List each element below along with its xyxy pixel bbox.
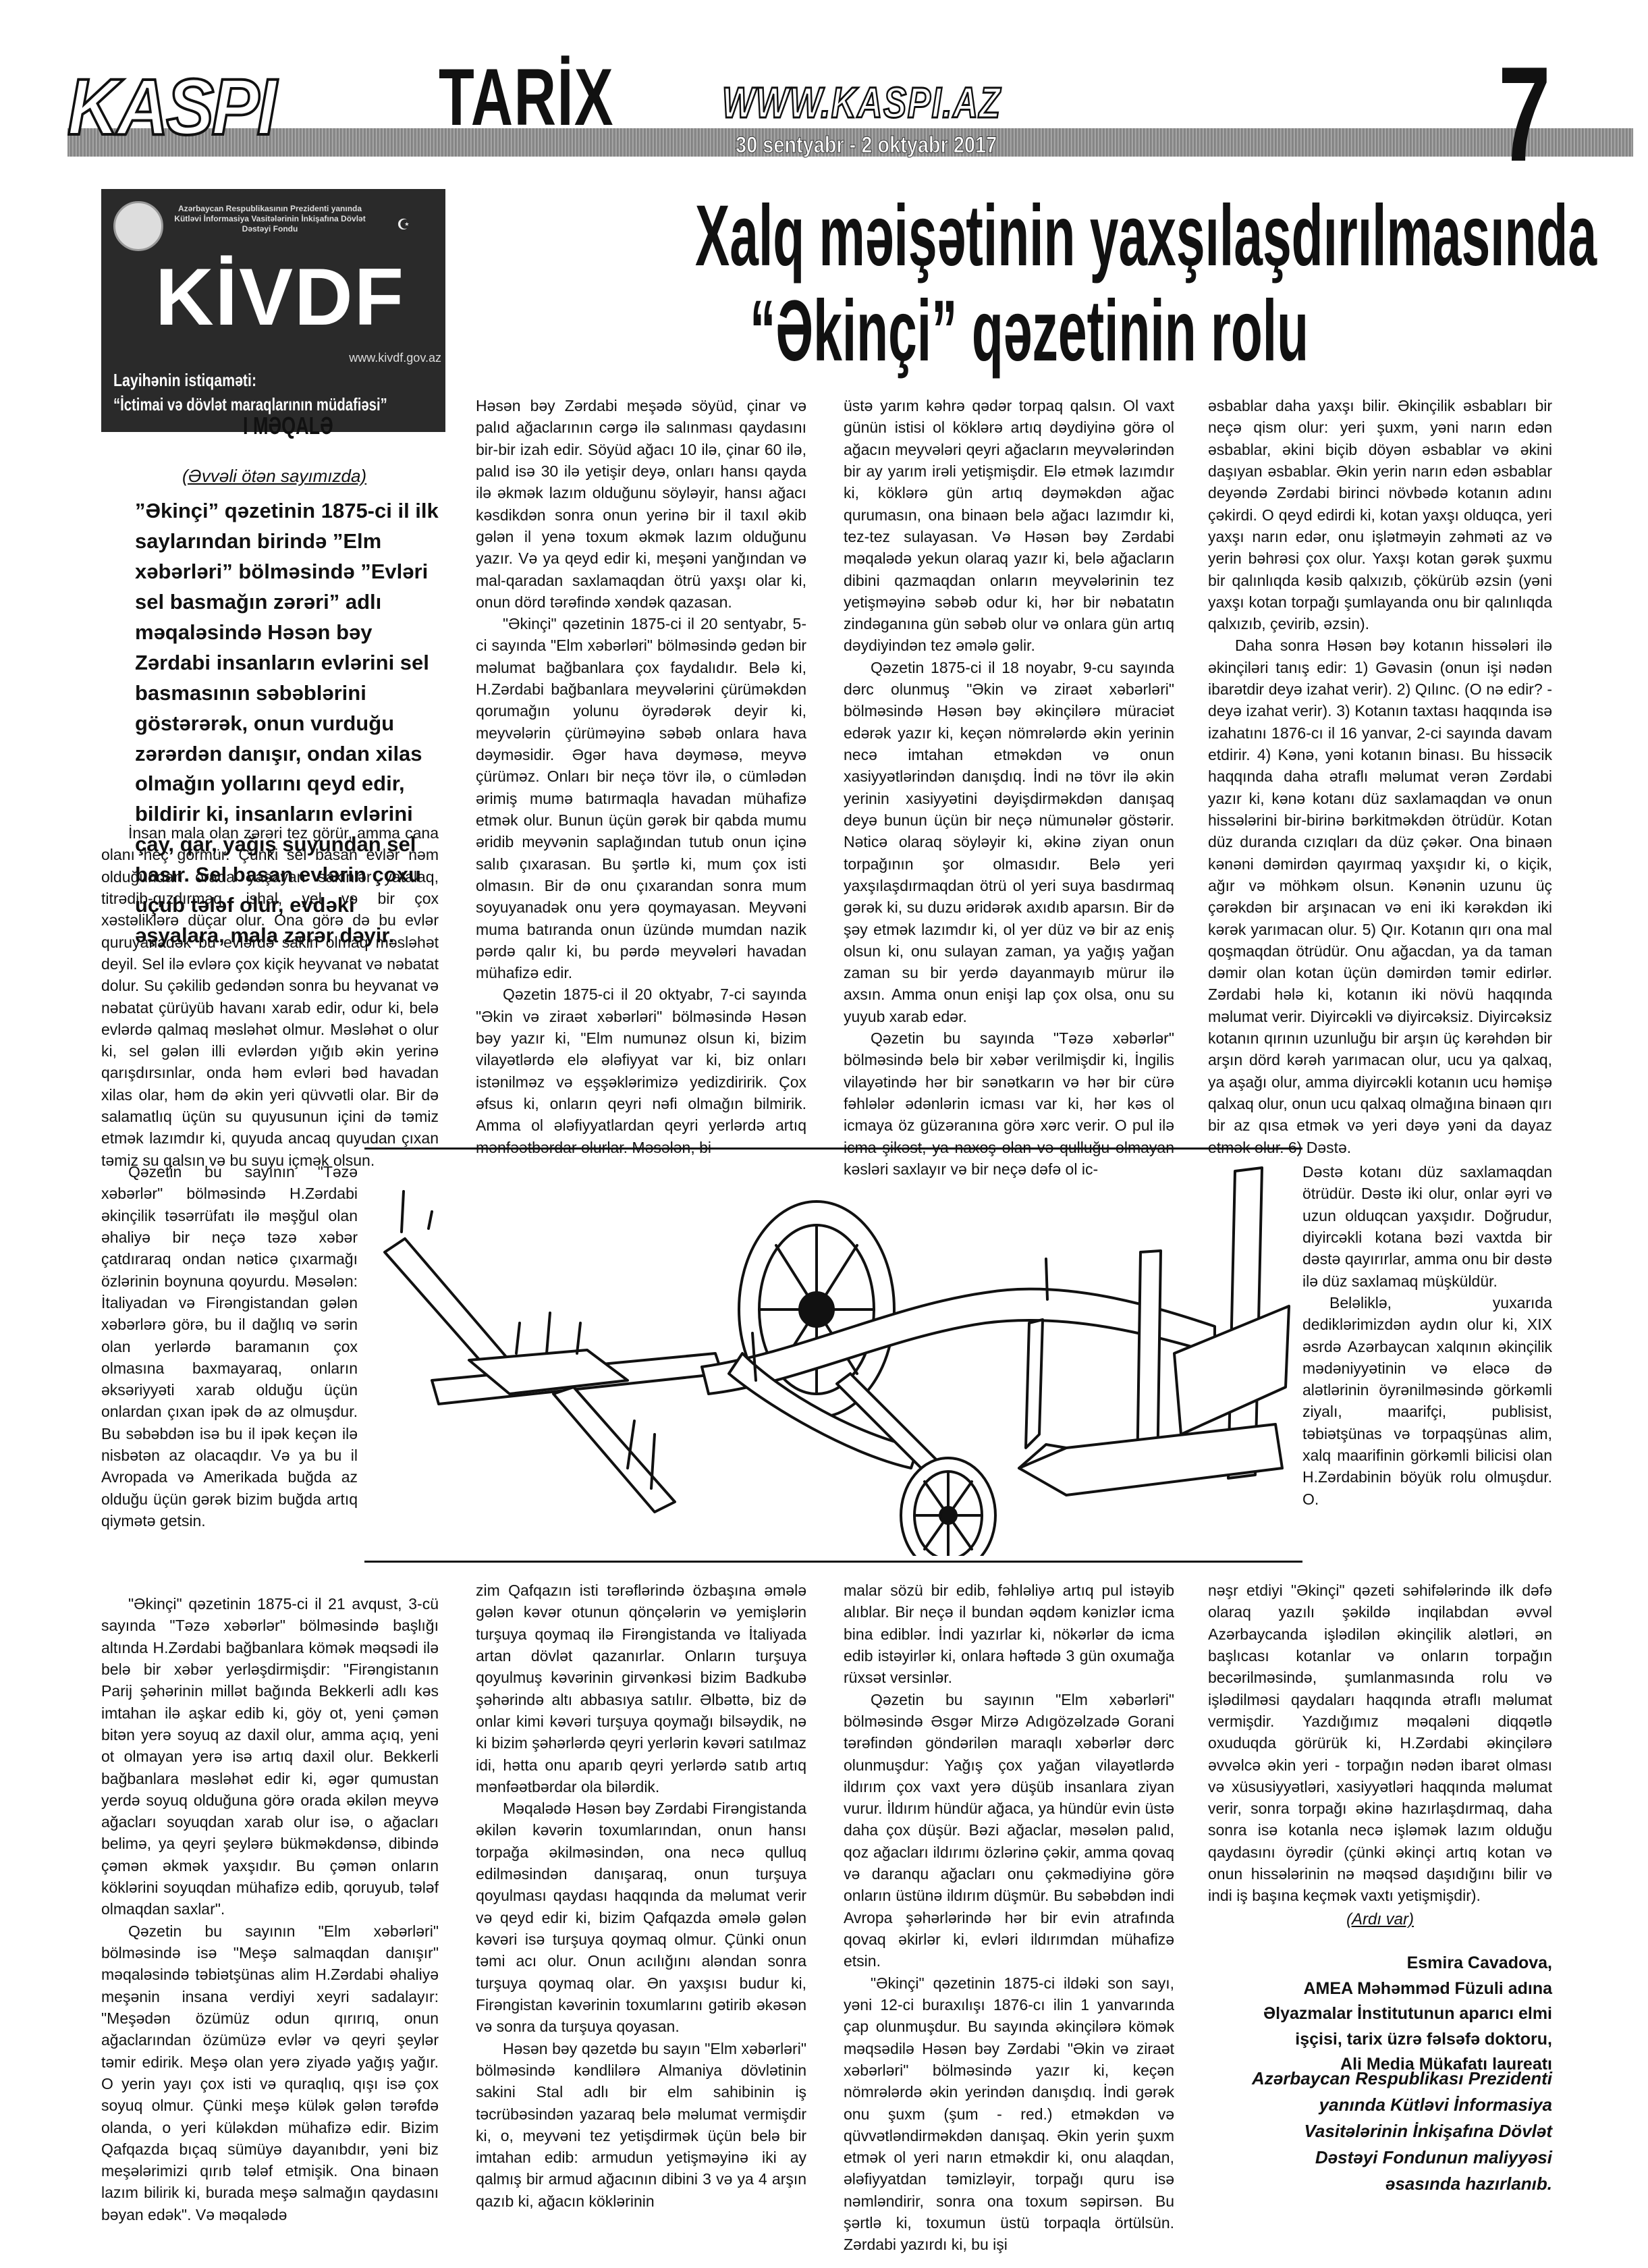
paragraph: üstə yarım kəhrə qədər torpaq qalsın. Ol… bbox=[844, 395, 1174, 657]
figure-top-rule bbox=[364, 1147, 1302, 1150]
column-3-top: üstə yarım kəhrə qədər torpaq qalsın. Ol… bbox=[844, 395, 1174, 1180]
paragraph: Həsən bəy qəzetdə bu sayın "Elm xəbərlər… bbox=[476, 2038, 806, 2213]
paragraph: əsbablar daha yaxşı bilir. Əkinçilik əsb… bbox=[1208, 395, 1552, 634]
to-be-continued: (Ardı var) bbox=[1346, 1910, 1414, 1929]
kivdf-badge: Azərbaycan Respublikasının Prezidenti ya… bbox=[101, 189, 445, 432]
funding-line: yanında Kütləvi İnformasiya bbox=[1208, 2092, 1552, 2118]
paragraph: Qəzetin 1875-ci il 18 noyabr, 9-cu sayın… bbox=[844, 657, 1174, 1027]
paragraph: "Əkinçi" qəzetinin 1875-ci ildəki son sa… bbox=[844, 1972, 1174, 2256]
column-4-top: əsbablar daha yaxşı bilir. Əkinçilik əsb… bbox=[1208, 395, 1552, 1158]
column-4-narrow: Dəstə kotanı düz saxlamaqdan ötrüdür. Də… bbox=[1302, 1161, 1552, 1510]
column-3-bottom: malar sözü bir edib, fəhləliyə artıq pul… bbox=[844, 1579, 1174, 2256]
project-direction-label: Layihənin istiqaməti: bbox=[113, 370, 256, 391]
kivdf-url[interactable]: www.kivdf.gov.az bbox=[349, 351, 441, 365]
paragraph: Həsən bəy Zərdabi meşədə söyüd, çinar və… bbox=[476, 395, 806, 613]
paragraph: zim Qafqazın isti tərəflərində özbaşına … bbox=[476, 1579, 806, 1798]
column-2-top: Həsən bəy Zərdabi meşədə söyüd, çinar və… bbox=[476, 395, 806, 1158]
headline-line-1: Xalq məişətinin yaxşılaşdırılmasında bbox=[695, 189, 1363, 284]
section-title: TARİX bbox=[439, 57, 614, 138]
funding-line: əsasında hazırlanıb. bbox=[1208, 2171, 1552, 2197]
funding-note: Azərbaycan Respublikası Prezidenti yanın… bbox=[1208, 2065, 1552, 2197]
paragraph: nəşr etdiyi "Əkinçi" qəzeti səhifələrind… bbox=[1208, 1579, 1552, 1907]
headline-line-2: “Əkinçi” qəzetinin rolu bbox=[695, 284, 1363, 379]
funding-line: Dəstəyi Fondunun maliyyəsi bbox=[1208, 2144, 1552, 2171]
paragraph: "Əkinçi" qəzetinin 1875-ci il 20 sentyab… bbox=[476, 613, 806, 983]
column-1-bottom: "Əkinçi" qəzetinin 1875-ci il 21 avqust,… bbox=[101, 1593, 439, 2225]
paragraph: Dəstə kotanı düz saxlamaqdan ötrüdür. Də… bbox=[1302, 1161, 1552, 1292]
paragraph: Məqalədə Həsən bəy Zərdabi Firəngistanda… bbox=[476, 1798, 806, 2037]
paragraph: Daha sonra Həsən bəy kotanın hissələri i… bbox=[1208, 634, 1552, 1158]
author-affiliation-3: işçisi, tarix üzrə fəlsəfə doktoru, bbox=[1208, 2027, 1552, 2053]
column-4-bottom: nəşr etdiyi "Əkinçi" qəzeti səhifələrind… bbox=[1208, 1579, 1552, 1907]
wooden-plough-illustration bbox=[378, 1151, 1296, 1556]
column-2-bottom: zim Qafqazın isti tərəflərində özbaşına … bbox=[476, 1579, 806, 2212]
crescent-star-icon: ☪ bbox=[397, 216, 410, 234]
article-part-label: I MƏQALƏ bbox=[243, 412, 333, 440]
funding-line: Azərbaycan Respublikası Prezidenti bbox=[1208, 2065, 1552, 2092]
paragraph: Qəzetin 1875-ci il 20 oktyabr, 7-ci sayı… bbox=[476, 983, 806, 1158]
funding-line: Vasitələrinin İnkişafına Dövlət bbox=[1208, 2118, 1552, 2144]
page-number: 7 bbox=[1498, 47, 1551, 182]
author-affiliation-1: AMEA Məhəmməd Füzuli adına bbox=[1208, 1976, 1552, 2002]
newspaper-logo: KASPI bbox=[67, 67, 275, 147]
website-link[interactable]: WWW.KASPI.AZ bbox=[722, 81, 1001, 124]
paragraph: Qəzetin bu sayının "Elm xəbərləri" bölmə… bbox=[844, 1689, 1174, 1972]
issue-date: 30 sentyabr - 2 oktyabr 2017 bbox=[736, 132, 997, 159]
author-name: Esmira Cavadova, bbox=[1208, 1951, 1552, 1976]
author-affiliation-2: Əlyazmalar İnstitutunun aparıcı elmi bbox=[1208, 2001, 1552, 2027]
state-emblem-icon bbox=[113, 201, 163, 251]
article-headline: Xalq məişətinin yaxşılaşdırılmasında “Ək… bbox=[695, 189, 1363, 379]
column-1-top: İnsan mala olan zərəri tez görür, amma c… bbox=[101, 822, 439, 1171]
previous-issue-note: (Əvvəli ötən sayımızda) bbox=[182, 466, 366, 487]
paragraph: malar sözü bir edib, fəhləliyə artıq pul… bbox=[844, 1579, 1174, 1689]
column-1-narrow: Qəzetin bu sayının "Təzə xəbərlər" bölmə… bbox=[101, 1161, 358, 1532]
paragraph: Qəzetin bu sayının "Təzə xəbərlər" bölmə… bbox=[101, 1161, 358, 1532]
paragraph: "Əkinçi" qəzetinin 1875-ci il 21 avqust,… bbox=[101, 1593, 439, 1920]
kivdf-org-name: Azərbaycan Respublikasının Prezidenti ya… bbox=[169, 204, 371, 234]
author-signature: Esmira Cavadova, AMEA Məhəmməd Füzuli ad… bbox=[1208, 1951, 1552, 2078]
paragraph: İnsan mala olan zərəri tez görür, amma c… bbox=[101, 822, 439, 1171]
paragraph: Beləliklə, yuxarıda dediklərimizdən aydı… bbox=[1302, 1292, 1552, 1510]
kivdf-logo-text: KİVDF bbox=[155, 256, 405, 337]
figure-bottom-rule bbox=[364, 1561, 1302, 1563]
paragraph: Qəzetin bu sayının "Elm xəbərləri" bölmə… bbox=[101, 1920, 439, 2225]
